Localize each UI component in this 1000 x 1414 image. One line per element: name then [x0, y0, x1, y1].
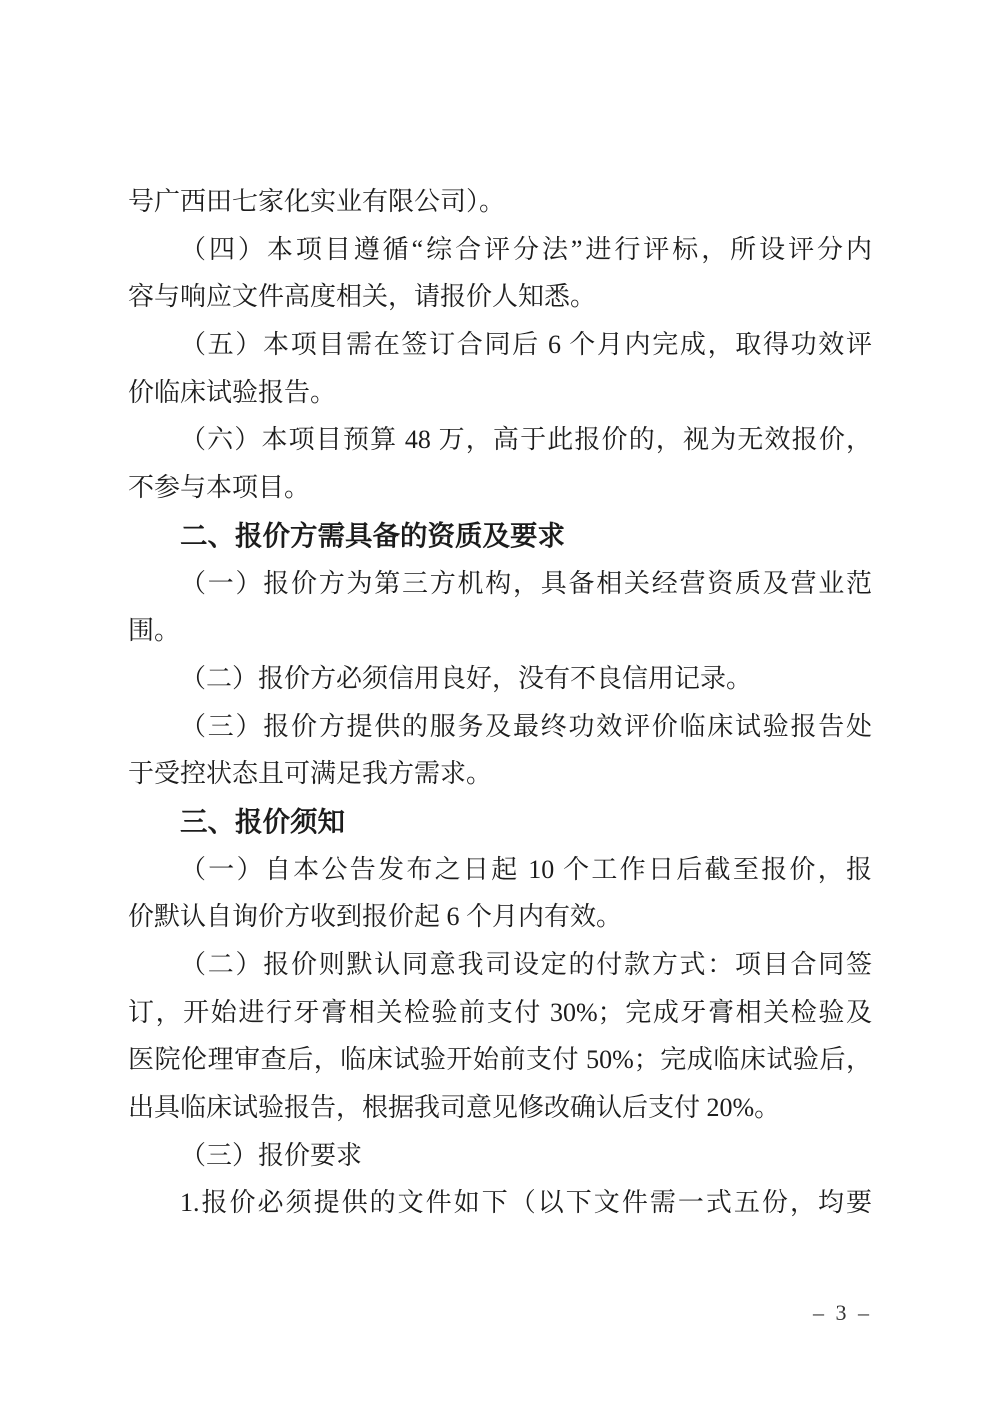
doc-line: （三）报价要求	[128, 1132, 872, 1180]
doc-line: （二）报价方必须信用良好，没有不良信用记录。	[128, 655, 872, 703]
doc-line: 围。	[128, 607, 872, 655]
doc-line: 价默认自询价方收到报价起 6 个月内有效。	[128, 893, 872, 941]
doc-line: （一）报价方为第三方机构，具备相关经营资质及营业范	[128, 560, 872, 608]
doc-line: 订，开始进行牙膏相关检验前支付 30%；完成牙膏相关检验及	[128, 989, 872, 1037]
doc-line: 不参与本项目。	[128, 464, 872, 512]
document-body: 号广西田七家化实业有限公司）。 （四）本项目遵循“综合评分法”进行评标，所设评分…	[128, 178, 872, 1227]
doc-line: 于受控状态且可满足我方需求。	[128, 750, 872, 798]
doc-line: （三）报价方提供的服务及最终功效评价临床试验报告处	[128, 703, 872, 751]
doc-line: （一）自本公告发布之日起 10 个工作日后截至报价，报	[128, 846, 872, 894]
section-heading-2: 二、报价方需具备的资质及要求	[128, 512, 872, 560]
page-number: – 3 –	[128, 1300, 872, 1326]
doc-line: （二）报价则默认同意我司设定的付款方式：项目合同签	[128, 941, 872, 989]
document-page: 号广西田七家化实业有限公司）。 （四）本项目遵循“综合评分法”进行评标，所设评分…	[0, 0, 1000, 1414]
doc-line: （四）本项目遵循“综合评分法”进行评标，所设评分内	[128, 226, 872, 274]
section-heading-3: 三、报价须知	[128, 798, 872, 846]
doc-line: 价临床试验报告。	[128, 369, 872, 417]
doc-line: 1.报价必须提供的文件如下（以下文件需一式五份，均要	[128, 1179, 872, 1227]
doc-line: 号广西田七家化实业有限公司）。	[128, 178, 872, 226]
doc-line: 医院伦理审查后，临床试验开始前支付 50%；完成临床试验后，	[128, 1036, 872, 1084]
doc-line: 出具临床试验报告，根据我司意见修改确认后支付 20%。	[128, 1084, 872, 1132]
doc-line: 容与响应文件高度相关，请报价人知悉。	[128, 273, 872, 321]
doc-line: （五）本项目需在签订合同后 6 个月内完成，取得功效评	[128, 321, 872, 369]
doc-line: （六）本项目预算 48 万，高于此报价的，视为无效报价，	[128, 416, 872, 464]
